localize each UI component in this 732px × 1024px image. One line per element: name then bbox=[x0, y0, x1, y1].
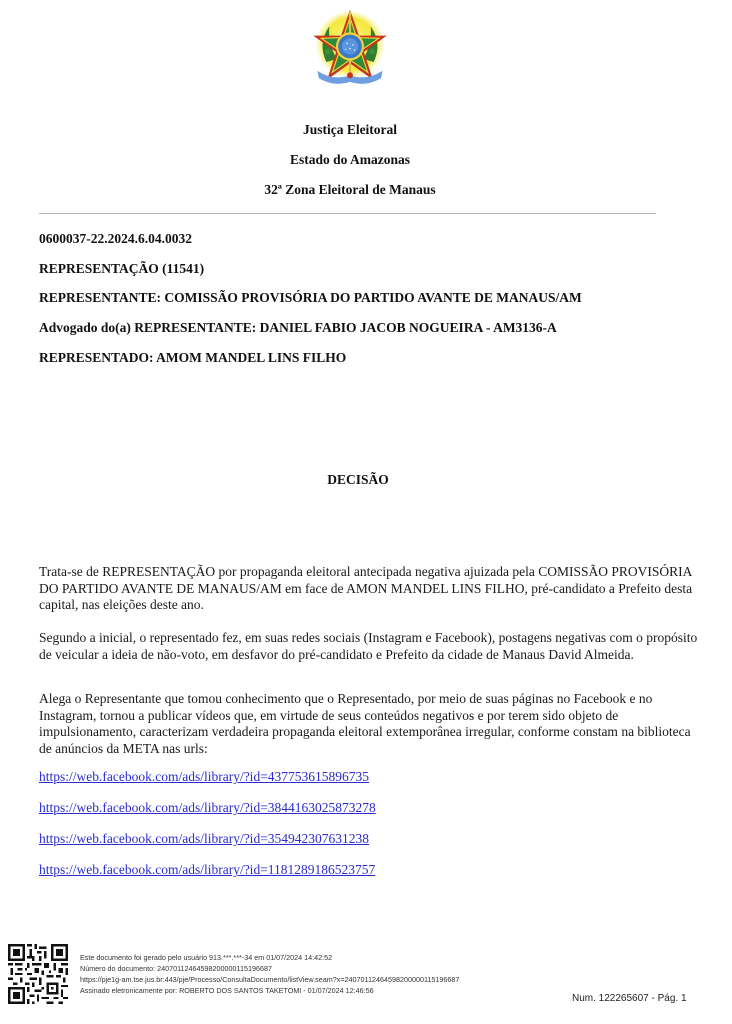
case-advogado: Advogado do(a) REPRESENTANTE: DANIEL FAB… bbox=[39, 320, 557, 336]
ads-library-link[interactable]: https://web.facebook.com/ads/library/?id… bbox=[39, 800, 376, 816]
ads-library-link[interactable]: https://web.facebook.com/ads/library/?id… bbox=[39, 831, 369, 847]
footer-signature: Assinado eletronicamente por: ROBERTO DO… bbox=[80, 985, 459, 996]
ads-library-link[interactable]: https://web.facebook.com/ads/library/?id… bbox=[39, 862, 375, 878]
footer-document-number: Número do documento: 2407011246459820000… bbox=[80, 963, 459, 974]
case-type: REPRESENTAÇÃO (11541) bbox=[39, 261, 204, 277]
ads-library-link[interactable]: https://web.facebook.com/ads/library/?id… bbox=[39, 769, 369, 785]
case-number: 0600037-22.2024.6.04.0032 bbox=[39, 231, 192, 247]
header-state: Estado do Amazonas bbox=[0, 152, 716, 168]
footer-generated: Este documento foi gerado pelo usuário 9… bbox=[80, 952, 459, 963]
case-representado: REPRESENTADO: AMOM MANDEL LINS FILHO bbox=[39, 350, 346, 366]
brazil-coat-of-arms-icon bbox=[313, 10, 387, 88]
document-page: Justiça Eleitoral Estado do Amazonas 32ª… bbox=[0, 0, 732, 1024]
decision-paragraph: Segundo a inicial, o representado fez, e… bbox=[39, 630, 699, 663]
qr-code-icon[interactable] bbox=[8, 944, 68, 1004]
header-court: Justiça Eleitoral bbox=[0, 122, 716, 138]
page-number: Num. 122265607 - Pág. 1 bbox=[572, 993, 687, 1004]
case-representante: REPRESENTANTE: COMISSÃO PROVISÓRIA DO PA… bbox=[39, 290, 582, 306]
decision-title: DECISÃO bbox=[0, 472, 724, 488]
header-divider bbox=[39, 213, 656, 214]
document-footer-info: Este documento foi gerado pelo usuário 9… bbox=[80, 952, 459, 996]
header-zone: 32ª Zona Eleitoral de Manaus bbox=[0, 182, 716, 198]
decision-paragraph: Trata-se de REPRESENTAÇÃO por propaganda… bbox=[39, 564, 699, 614]
decision-paragraph: Alega o Representante que tomou conhecim… bbox=[39, 691, 699, 757]
footer-url: https://pje1g-am.tse.jus.br:443/pje/Proc… bbox=[80, 974, 459, 985]
